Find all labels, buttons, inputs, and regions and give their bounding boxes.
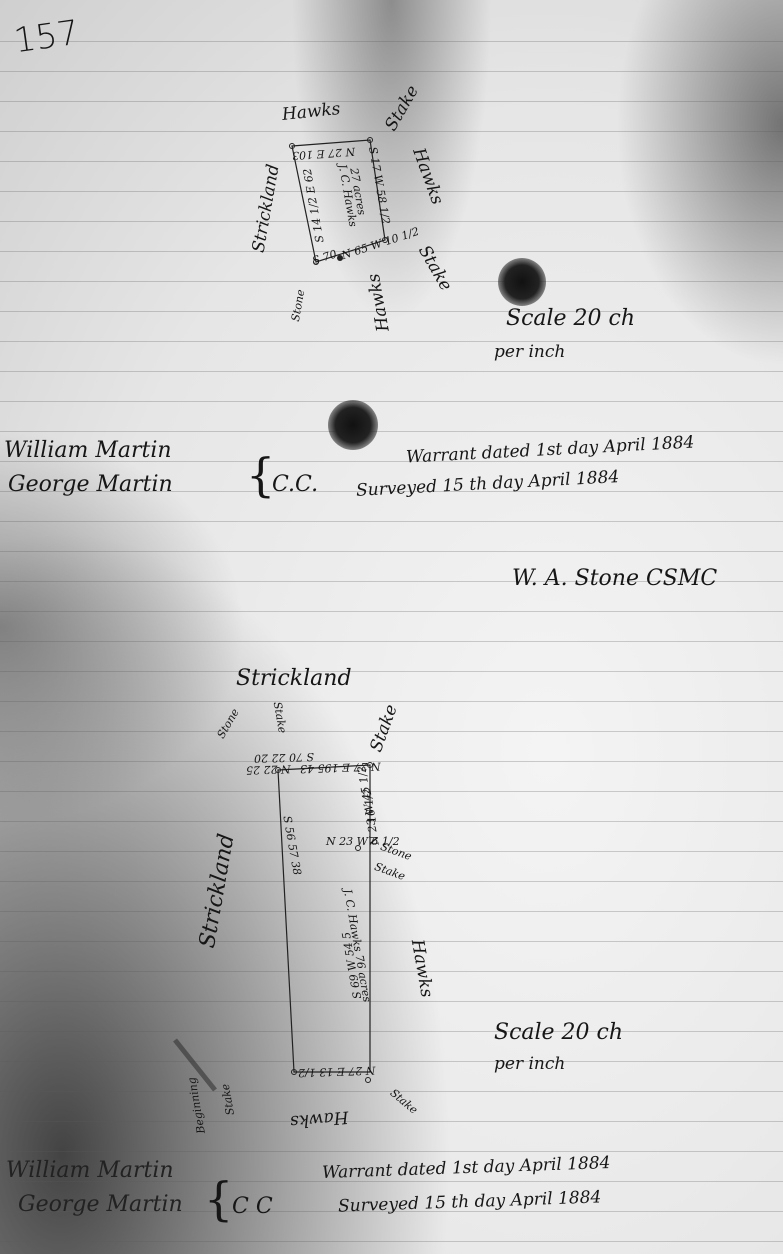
survey-1-top-right-label: Stake (383, 83, 422, 134)
survey-2-right-label-2: Hawks (408, 938, 435, 999)
survey-2-call-bottom: N 27 E 13 1/2 (298, 1065, 376, 1079)
survey-2-call-inner-mid: N 23 W 6 1/2 (326, 836, 400, 847)
ink-blot-upper (498, 258, 546, 306)
survey-2-bottom-right-label: Stake (388, 1087, 419, 1116)
survey-2-top-left-label-2: Stake (272, 701, 288, 734)
entry-2-surveyed: Surveyed 15 th day April 1884 (338, 1189, 602, 1215)
survey-1-call-right: S 17 W 58 1/2 (367, 146, 391, 225)
entry-2-brace: { (204, 1176, 233, 1222)
ink-blot-middle (328, 400, 378, 450)
survey-1-call-top: N 27 E 103 (292, 146, 356, 161)
survey-1-right-label: Hawks (409, 146, 445, 207)
ledger-page: 157 Hawks Stake Hawks Strickland Stone S… (0, 0, 783, 1254)
entry-1-name-line1: William Martin (4, 440, 172, 462)
entry-2-warrant: Warrant dated 1st day April 1884 (322, 1155, 611, 1182)
survey-2-call-left: S 56 57 38 (281, 815, 302, 876)
survey-1-corner-note: S 70 (311, 248, 338, 266)
surveyor-signature: W. A. Stone CSMC (512, 568, 717, 590)
entry-2-name-line1: William Martin (6, 1160, 174, 1182)
survey-2-scale-line2: per inch (494, 1056, 565, 1073)
entry-1-name-line2: George Martin (8, 474, 173, 496)
survey-2-top-left-label: Stone (215, 707, 241, 740)
survey-1-call-left: S 14 1/2 E 62 (302, 167, 326, 243)
entry-2-name-line2: George Martin (18, 1194, 183, 1216)
entry-1-brace: { (246, 452, 275, 498)
survey-2-left-label: Strickland (197, 832, 239, 950)
survey-1-bottom-right-label: Hawks (366, 272, 393, 333)
survey-2-scale-line1: Scale 20 ch (494, 1022, 623, 1044)
entry-1-county: C.C. (272, 474, 318, 496)
survey-1-bottom-label: Stake (415, 243, 454, 294)
survey-1-scale-line2: per inch (494, 344, 565, 361)
page-number: 157 (12, 16, 81, 59)
survey-2-top-label: Strickland (236, 668, 352, 690)
ruled-lines (0, 0, 783, 1254)
survey-1-top-label: Hawks (281, 101, 341, 124)
entry-1-surveyed: Surveyed 15 th day April 1884 (356, 469, 620, 500)
survey-2-bottom-left-label-2: Stake (220, 1083, 236, 1116)
survey-2-bottom-left-label: Beginning (186, 1076, 207, 1134)
survey-1-plat-lines (0, 0, 783, 1254)
survey-2-call-top-left-2: N 22 25 (246, 763, 291, 776)
survey-1-scale-line1: Scale 20 ch (506, 308, 635, 330)
survey-2-right-label-4: Stake (373, 861, 407, 882)
survey-2-bottom-center-label: Hawks (289, 1107, 349, 1129)
survey-1-bottom-left-label: Stone (290, 289, 306, 323)
survey-1-left-label: Strickland (251, 163, 283, 254)
entry-1-warrant: Warrant dated 1st day April 1884 (406, 434, 695, 466)
survey-1-call-bottom: N 65 W 10 1/2 (340, 226, 420, 261)
survey-2-right-label-1: Stake (368, 703, 401, 755)
entry-2-county: C C (232, 1196, 273, 1218)
